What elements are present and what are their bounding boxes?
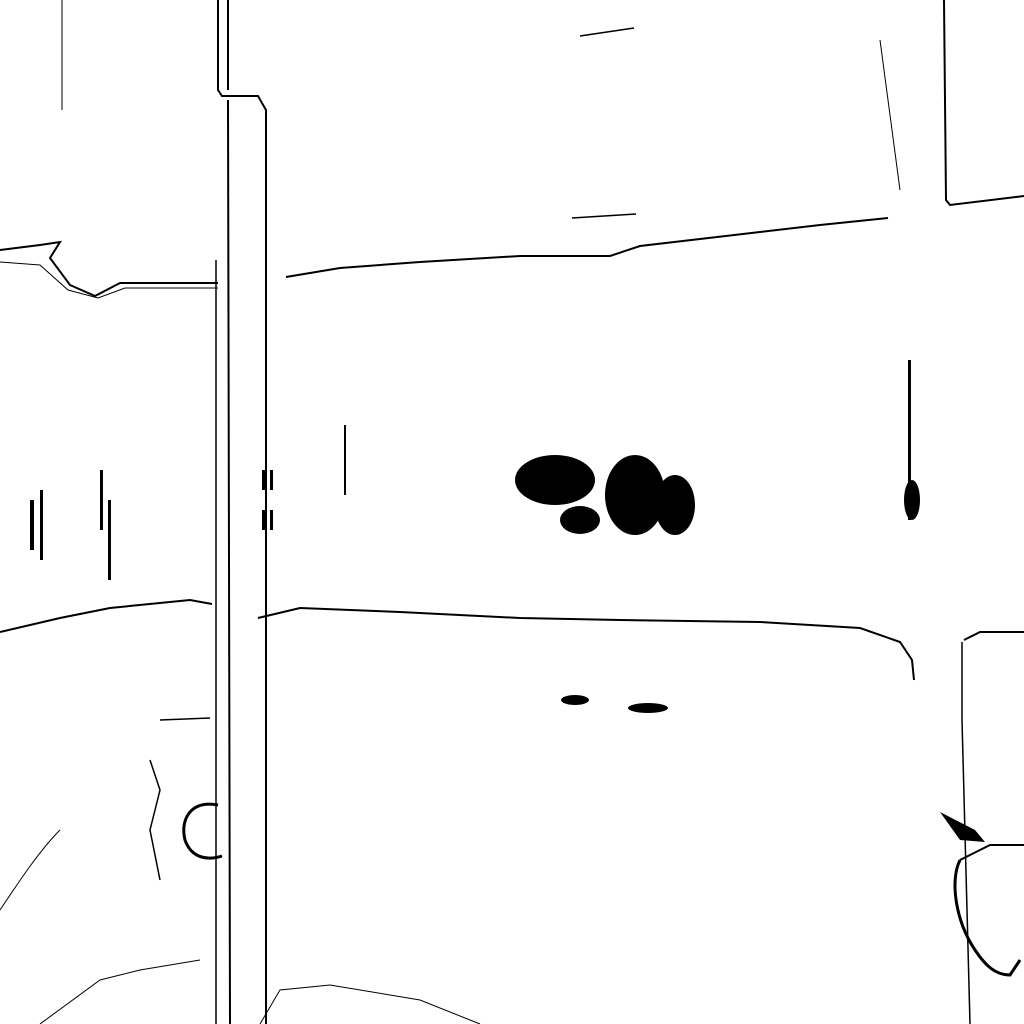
left-window-post [218,0,266,1024]
lower-sill [0,600,212,632]
foliage-cluster [515,455,985,842]
rounded-object [955,860,1020,975]
binarized-photo [0,0,1024,1024]
photo-line-art [0,0,1024,1024]
right-window-post [944,0,1024,205]
